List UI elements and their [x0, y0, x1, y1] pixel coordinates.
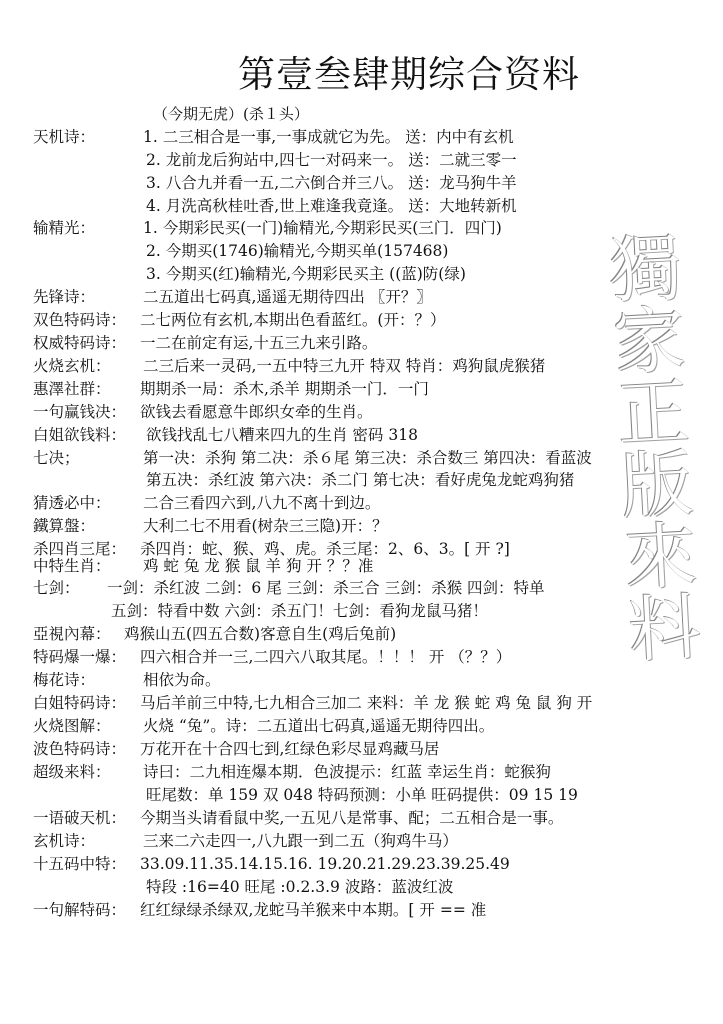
- shujing-line-1: 1. 今期彩民买(一门)输精光,今期彩民买(三门．四门): [143, 218, 502, 238]
- baijie-te-text: 马后羊前三中特,七九相合三加二 来料：羊 龙 猴 蛇 鸡 兔 鼠 狗 开: [140, 693, 592, 713]
- tianji-line-1: 1. 二三相合是一事,一事成就它为先。 送：内中有玄机: [143, 127, 514, 147]
- label-huize: 惠澤社群：: [33, 379, 111, 399]
- tianji-line-4: 4. 月洗高秋桂吐香,世上难逢我竟逢。 送：大地转新机: [146, 196, 517, 216]
- yiyu-text: 今期当头请看鼠中奖,一五见八是常事、配；二五相合是一事。: [140, 808, 563, 828]
- zhongte-text: 鸡 蛇 兔 龙 猴 鼠 羊 狗 开 ？？准: [143, 556, 373, 576]
- label-tianji: 天机诗：: [33, 127, 95, 147]
- label-zhongte: 中特生肖：: [33, 556, 111, 576]
- label-tebao: 特码爆一爆：: [33, 647, 126, 667]
- shujing-line-2: 2. 今期买(1746)输精光,今期买单(157468): [146, 241, 448, 261]
- label-yiyu: 一语破天机：: [33, 808, 126, 828]
- xianfeng-text: 二五道出七码真,遥遥无期待四出 〖开？〗: [143, 287, 432, 307]
- label-quanwei: 权威特码诗：: [33, 333, 126, 353]
- label-yashi: 亞視內幕：: [33, 624, 111, 644]
- shiwu-line-2: 特段 :16=40 旺尾 :0.2.3.9 波路：蓝波红波: [146, 877, 453, 897]
- shuangse-text: 二七两位有玄机,本期出色看蓝红。(开：？）: [140, 310, 445, 330]
- chaoji-line-1: 诗曰：二九相连爆本期．色波提示：红蓝 幸运生肖：蛇猴狗: [143, 762, 551, 782]
- label-qijian: 七剑：: [33, 578, 80, 598]
- label-meihua: 梅花诗：: [33, 670, 95, 690]
- page-title: 第壹叁肆期综合资料: [238, 44, 580, 98]
- label-caitou: 猜透必中：: [33, 493, 111, 513]
- tebao-text: 四六相合并一三,二四六八取其尾。！！！ 开 （？？）: [140, 647, 511, 667]
- label-tiesuan: 鐵算盤：: [33, 516, 95, 536]
- label-baijie-te: 白姐特码诗：: [33, 693, 126, 713]
- yijie-text: 红红绿绿杀绿双,龙蛇马羊猴来中本期。[ 开 == 准: [140, 900, 486, 920]
- yiju-text: 欲钱去看愿意牛郎织女牵的生肖。: [140, 402, 373, 422]
- huize-text: 期期杀一局：杀木,杀羊 期期杀一门．一门: [140, 379, 429, 399]
- qijian-line-2: 五剑：特看中数 六剑：杀五门！七剑：看狗龙鼠马猪！: [111, 601, 488, 621]
- watermark-text: 獨家正版來料: [614, 228, 716, 664]
- huoshao-text: 二三后来一灵码,一五中特三九开 特双 特肖：鸡狗鼠虎猴猪: [143, 356, 545, 376]
- tianji-line-3: 3. 八合九并看一五,二六倒合并三八。 送：龙马狗牛羊: [146, 173, 517, 193]
- shiwu-line-1: 33.09.11.35.14.15.16. 19.20.21.29.23.39.…: [140, 854, 510, 874]
- yashi-text: 鸡猴山五(四五合数)客意自生(鸡后兔前): [124, 624, 396, 644]
- label-yijie: 一句解特码：: [33, 900, 126, 920]
- shujing-line-3: 3. 今期买(红)输精光,今期彩民买主 ((蓝)防(绿): [146, 264, 466, 284]
- bose-text: 万花开在十合四七到,红绿色彩尽显鸡藏马居: [140, 739, 439, 759]
- xuanji-text: 三来二六走四一,八九跟一到二五（狗鸡牛马）: [143, 831, 458, 851]
- subtitle: （今期无虎）(杀１头）: [153, 103, 309, 124]
- label-baijie: 白姐欲钱料：: [33, 425, 126, 445]
- qijue-line-2: 第五决：杀红波 第六决：杀二门 第七决：看好虎兔龙蛇鸡狗猪: [146, 470, 574, 490]
- caitou-text: 二合三看四六到,八九不离十到边。: [143, 493, 380, 513]
- label-huotu: 火烧图解：: [33, 716, 111, 736]
- label-bose: 波色特码诗：: [33, 739, 126, 759]
- label-xianfeng: 先锋诗：: [33, 287, 95, 307]
- baijie-text: 欲钱找乱七八糟来四九的生肖 密码 318: [146, 425, 418, 445]
- qijue-line-1: 第一决：杀狗 第二决：杀６尾 第三决：杀合数三 第四决：看蓝波: [143, 448, 592, 468]
- label-xuanji: 玄机诗：: [33, 831, 95, 851]
- huotu-text: 火烧 “兔”。诗：二五道出七码真,遥遥无期待四出。: [143, 716, 494, 736]
- label-chaoji: 超级来料：: [33, 762, 111, 782]
- label-yiju: 一句赢钱决：: [33, 402, 126, 422]
- label-huoshao: 火烧玄机：: [33, 356, 111, 376]
- meihua-text: 相依为命。: [143, 670, 221, 690]
- tiesuan-text: 大利二七不用看(树杂三三隐)开：？: [143, 516, 388, 536]
- chaoji-line-2: 旺尾数：单 159 双 048 特码预测：小单 旺码提供：09 15 19: [146, 785, 578, 805]
- label-qijue: 七决；: [33, 448, 80, 468]
- label-shuangse: 双色特码诗：: [33, 310, 126, 330]
- qijian-line-1: 一剑：杀红波 二剑：6 尾 三剑：杀三合 三剑：杀猴 四剑：特单: [107, 578, 545, 598]
- label-shujing: 输精光：: [33, 218, 95, 238]
- quanwei-text: 一二在前定有运,十五三九来引路。: [140, 333, 377, 353]
- label-shiwu: 十五码中特：: [33, 854, 126, 874]
- tianji-line-2: 2. 龙前龙后狗站中,四七一对码来一。 送：二就三零一: [146, 150, 517, 170]
